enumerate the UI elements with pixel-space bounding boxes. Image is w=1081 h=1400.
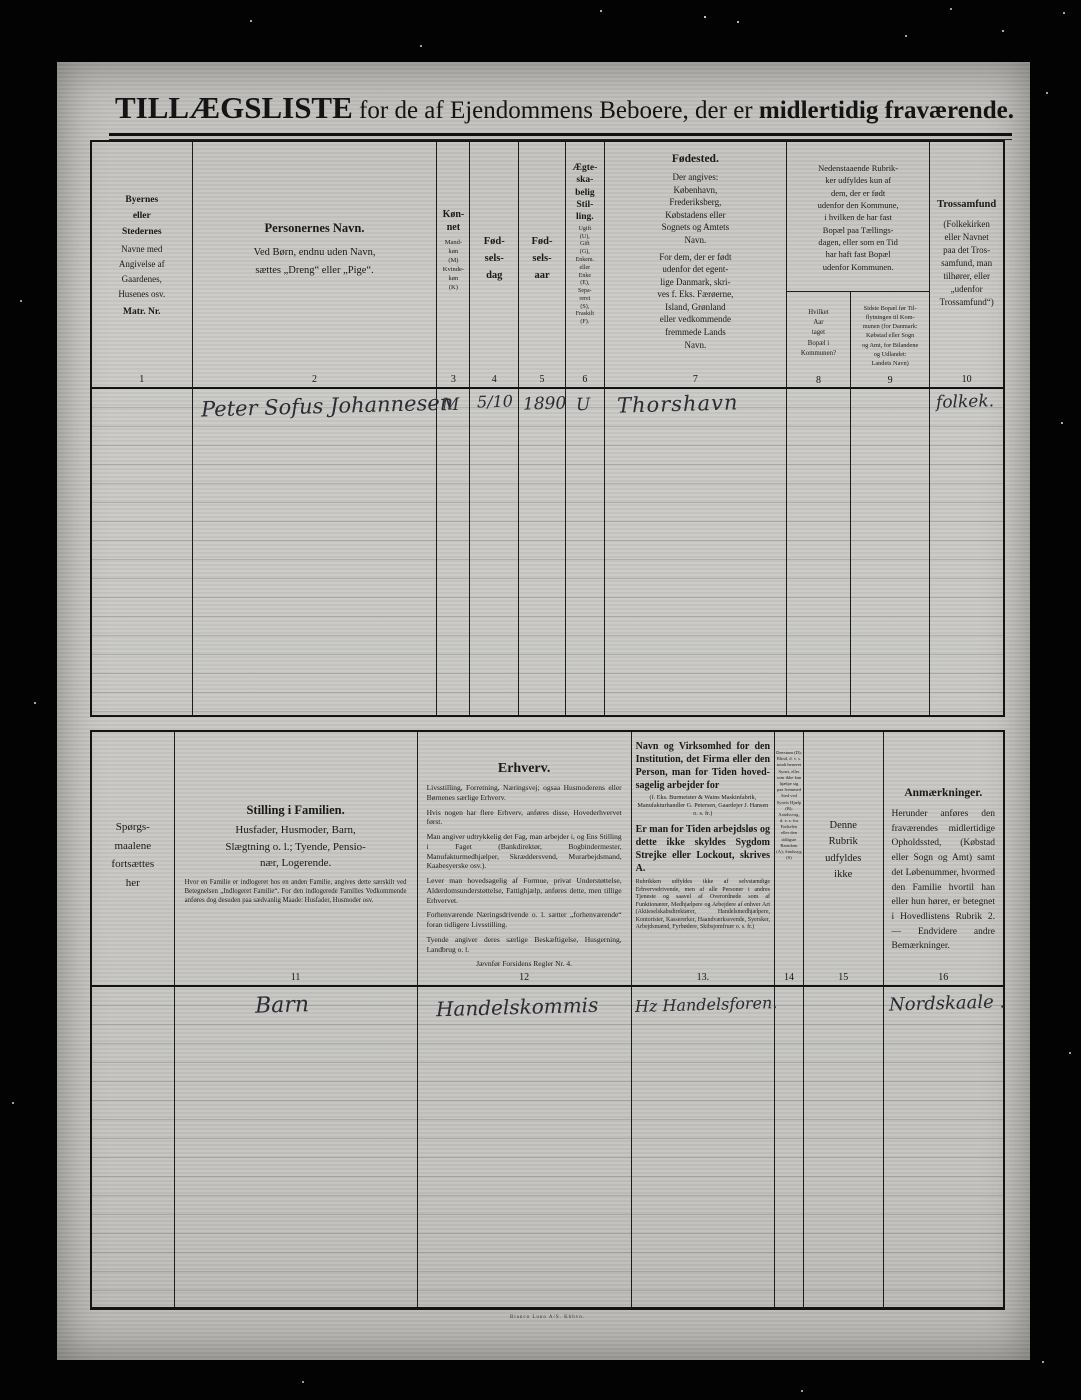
entry-employer: Hz Handelsforen. [634, 993, 777, 1016]
col-2-number: 2 [193, 373, 437, 386]
col-11-header: Stilling i Familien. Husfader, Husmoder,… [175, 732, 417, 985]
census-form-paper: TILLÆGSLISTE for de af Ejendommens Beboe… [57, 62, 1030, 1360]
col-8-9-group-note: Nedenstaaende Rubrik- ker udfyldes kun a… [787, 142, 929, 292]
col-1-number: 1 [92, 373, 192, 386]
entry-occupation: Handelskommis [435, 993, 598, 1022]
entry-religion: folkek. [936, 391, 995, 413]
col-13-data-cell: Hz Handelsforen. [632, 985, 774, 1307]
col-8-year-settled: Hvilket Aar taget Bopæl i Kommunen? 8 [787, 292, 851, 715]
col-13-header: Navn og Virksomhed for den Institution, … [632, 732, 774, 985]
col-7-birthplace: Fødested. Der angives: København, Freder… [605, 142, 787, 715]
col-5-birthyear: Fød- sels- aar 5 1890 [519, 142, 566, 715]
col-2-data-cell: Peter Sofus Johannesen [193, 387, 437, 715]
col-6-number: 6 [566, 373, 604, 386]
col-6-header: Ægte- ska- belig Stil- ling. Ugift (U), … [566, 142, 604, 387]
col-14-disabilities: Døvstum (D); Blind, d. v. s. totalt berø… [775, 732, 804, 1307]
col-5-data-cell: 1890 [519, 387, 565, 715]
col-7-header: Fødested. Der angives: København, Freder… [605, 142, 786, 387]
col-12-number: 12 [418, 971, 631, 984]
continuation-label: Spørgs- maalene fortsættes her [92, 732, 174, 893]
col-3-number: 3 [437, 373, 469, 386]
page-title-lead: TILLÆGSLISTE [115, 90, 353, 125]
col-8-number: 8 [787, 375, 850, 386]
col-10-number: 10 [930, 373, 1003, 386]
col-15-not-filled: Denne Rubrik udfyldes ikke 15 [804, 732, 884, 1307]
page-title-mid: for de af Ejendommens Beboere, der er [353, 97, 759, 124]
entry-name: Peter Sofus Johannesen [200, 390, 453, 421]
entry-birthplace: Thorshavn [616, 390, 738, 417]
printer-imprint: Bianco Luno A/S. Kbhvn. [90, 1315, 1005, 1320]
col-8-header: Hvilket Aar taget Bopæl i Kommunen? 8 [787, 292, 850, 387]
col-7-number: 7 [605, 373, 786, 386]
col-3-sex: Køn- net Mand- køn (M) Kvinde- køn (K) 3… [437, 142, 470, 715]
col-15-data-cell [804, 985, 883, 1307]
col-11-data-cell: Barn [175, 985, 417, 1307]
continuation-label-column: Spørgs- maalene fortsættes her [92, 732, 175, 1307]
entry-family-position: Barn [254, 992, 309, 1018]
col-11-number: 11 [175, 971, 417, 984]
col-14-number: 14 [775, 971, 803, 984]
page-title: TILLÆGSLISTE for de af Ejendommens Beboe… [115, 90, 1012, 126]
col-16-data-cell: Nordskaale . [884, 985, 1003, 1307]
entry-sex: M [442, 395, 460, 415]
col-15-number: 15 [804, 971, 883, 984]
col-4-data-cell: 5/10 [470, 387, 518, 715]
col-11-family-position: Stilling i Familien. Husfader, Husmoder,… [175, 732, 418, 1307]
col-4-number: 4 [470, 373, 518, 386]
col-10-religion: Trossamfund (Folkekirken eller Navnet pa… [930, 142, 1003, 715]
col-1-header: Byernes eller Stedernes Navne med Angive… [92, 142, 192, 387]
top-table: Byernes eller Stedernes Navne med Angive… [90, 140, 1005, 717]
col-12-data-cell: Handelskommis [418, 985, 631, 1307]
scanned-census-page: { "title": { "lead": "TILLÆGSLISTE", "mi… [0, 0, 1081, 1400]
col-2-header: Personernes Navn. Ved Børn, endnu uden N… [193, 142, 437, 387]
col-13-number: 13. [632, 971, 774, 984]
col-1-data-cell [92, 387, 192, 715]
col-10-data-cell: folkek. [930, 387, 1003, 715]
col-9-header: Sidste Bopæl før Til- flytningen til Kom… [851, 292, 929, 387]
film-dust-specks [0, 0, 2, 2]
entry-remarks: Nordskaale . [888, 991, 1005, 1015]
col-4-header: Fød- sels- dag 4 [470, 142, 518, 387]
col-13-employer: Navn og Virksomhed for den Institution, … [632, 732, 775, 1307]
col-2-name: Personernes Navn. Ved Børn, endnu uden N… [193, 142, 438, 715]
bottom-table: Spørgs- maalene fortsættes her Stilling … [90, 730, 1005, 1310]
col-5-header: Fød- sels- aar 5 [519, 142, 565, 387]
col-4-birthday: Fød- sels- dag 4 5/10 [470, 142, 519, 715]
col-12-occupation: Erhverv. Livsstilling, Forretning, Nærin… [418, 732, 632, 1307]
col-6-data-cell: U [566, 387, 604, 715]
entry-birthyear: 1890 [523, 393, 567, 414]
col-14-data-cell [775, 985, 803, 1307]
col-9-data-cell [851, 387, 929, 715]
continuation-data-cell [92, 985, 174, 1307]
col-14-header: Døvstum (D); Blind, d. v. s. totalt berø… [775, 732, 803, 985]
col-8-9-group: Nedenstaaende Rubrik- ker udfyldes kun a… [787, 142, 930, 715]
col-3-data-cell: M [437, 387, 469, 715]
col-16-header: Anmærkninger. Herunder anføres den fravæ… [884, 732, 1003, 985]
col-16-number: 16 [884, 971, 1003, 984]
col-8-data-cell [787, 387, 850, 715]
entry-birthday: 5/10 [477, 392, 513, 412]
col-1-place: Byernes eller Stedernes Navne med Angive… [92, 142, 193, 715]
col-3-header: Køn- net Mand- køn (M) Kvinde- køn (K) 3 [437, 142, 469, 387]
col-9-last-residence: Sidste Bopæl før Til- flytningen til Kom… [851, 292, 929, 715]
col-6-marital-status: Ægte- ska- belig Stil- ling. Ugift (U), … [566, 142, 605, 715]
col-15-header: Denne Rubrik udfyldes ikke 15 [804, 732, 883, 985]
entry-marital: U [576, 395, 591, 415]
col-16-remarks: Anmærkninger. Herunder anføres den fravæ… [884, 732, 1003, 1307]
col-9-number: 9 [851, 375, 929, 386]
col-7-data-cell: Thorshavn [605, 387, 786, 715]
page-title-tail: midlertidig fraværende. [759, 97, 1014, 124]
col-5-number: 5 [519, 373, 565, 386]
col-12-header: Erhverv. Livsstilling, Forretning, Nærin… [418, 732, 631, 985]
continuation-label-header: Spørgs- maalene fortsættes her [92, 732, 174, 985]
col-8-9-subcolumns: Hvilket Aar taget Bopæl i Kommunen? 8 Si… [787, 292, 929, 715]
col-10-header: Trossamfund (Folkekirken eller Navnet pa… [930, 142, 1003, 387]
title-rule [109, 133, 1012, 140]
